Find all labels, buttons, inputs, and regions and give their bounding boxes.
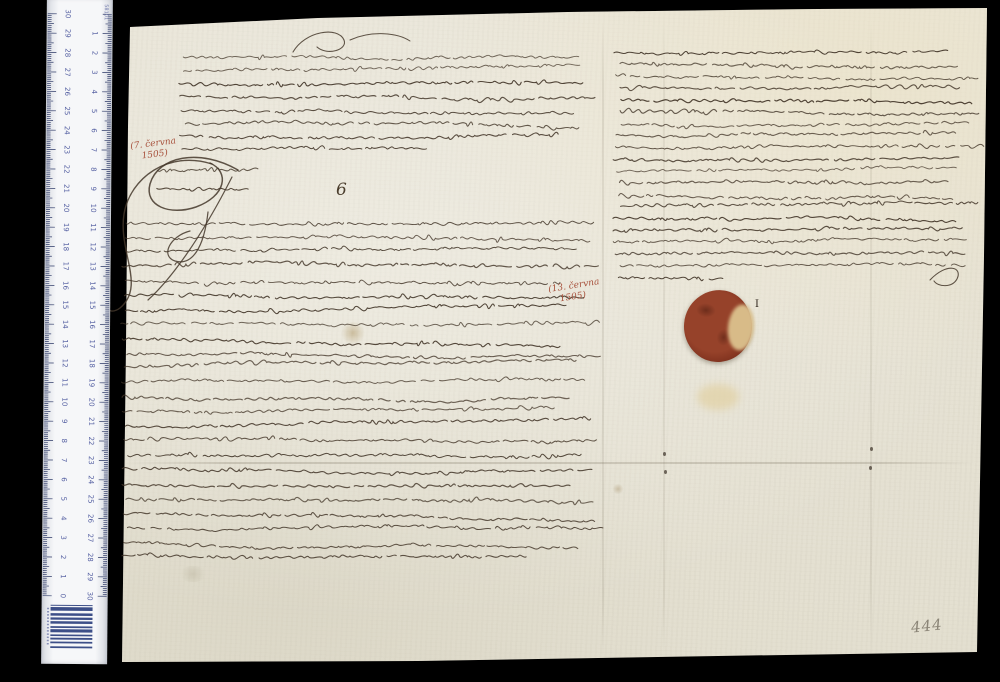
barcode-microtext [47, 624, 49, 626]
ruler-barcode [47, 605, 93, 649]
barcode-bar [50, 629, 92, 632]
top-ornament-flourish [293, 32, 345, 52]
ruler-number: 21 [87, 417, 95, 426]
ruler-number: 22 [87, 436, 95, 445]
ruler-number: 17 [88, 339, 96, 348]
ruler-number: 14 [61, 320, 69, 330]
ruler-number: 11 [61, 378, 69, 387]
barcode-bar [50, 641, 92, 643]
ruler-number: 19 [88, 378, 96, 387]
closing-swash [930, 268, 958, 285]
ruler-number: 21 [62, 184, 70, 193]
ruler-number: 2 [90, 51, 98, 56]
ruler-strip: 3029282726252423222120191817161514131211… [41, 0, 113, 664]
ruler-number: 3 [90, 70, 98, 75]
initial-flourish [148, 177, 232, 300]
ruler-number: 16 [88, 320, 96, 330]
ruler-number: 20 [62, 203, 70, 212]
ruler-code-label: 58101 [103, 4, 109, 20]
ruler-number: 12 [89, 242, 97, 251]
ruler-number: 26 [86, 514, 94, 524]
barcode-microtext [47, 608, 49, 610]
ruler-number: 26 [63, 87, 71, 97]
barcode-microtext [47, 611, 49, 613]
ruler-number: 5 [60, 497, 68, 502]
seal-margin-mark: I [755, 299, 759, 310]
ruler-number: 8 [89, 167, 97, 172]
ruler-number: 6 [60, 477, 68, 482]
barcode-microtext [47, 621, 49, 623]
barcode-bar [51, 607, 93, 611]
right-page-paragraph [613, 50, 984, 281]
ruler-number: 4 [59, 516, 67, 521]
ruler-number: 9 [60, 419, 68, 424]
ruler-number: 25 [86, 495, 94, 504]
ruler-number: 15 [61, 300, 69, 309]
ruler-number: 25 [63, 106, 71, 115]
ruler-number: 13 [61, 339, 69, 348]
ruler-number: 28 [86, 553, 94, 562]
barcode-bar [51, 605, 93, 606]
ruler-number: 19 [62, 223, 70, 232]
ruler-number: 24 [63, 126, 71, 136]
ruler-number: 30 [86, 592, 94, 601]
barcode-bar [50, 626, 92, 628]
barcode-microtext [47, 617, 49, 619]
barcode-bar [50, 621, 92, 624]
barcode-microtext [47, 630, 49, 632]
ruler-number: 2 [59, 555, 67, 560]
ruler-number: 18 [62, 242, 70, 251]
ruler-number: 23 [87, 456, 95, 465]
ruler-number: 17 [62, 262, 70, 271]
ruler-number: 5 [90, 109, 98, 114]
address-paragraph [179, 55, 595, 151]
ruler-scale-svg: 3029282726252423222120191817161514131211… [41, 0, 113, 664]
barcode-bar [50, 617, 92, 620]
ruler-number: 10 [60, 397, 68, 406]
ruler-number: 10 [89, 204, 97, 213]
ruler-number: 27 [86, 533, 94, 542]
handwriting-svg [0, 0, 1000, 682]
ruler-number: 15 [88, 301, 96, 310]
ruler-number: 4 [90, 89, 98, 94]
ruler-number: 29 [64, 29, 72, 38]
pencil-page-number: 444 [910, 615, 943, 636]
barcode-bar [50, 638, 92, 640]
ruler-number: 20 [87, 398, 95, 407]
ruler-number: 3 [59, 535, 67, 540]
barcode-bar [50, 646, 92, 648]
barcode-microtext [47, 643, 49, 645]
ruler-number: 8 [60, 438, 68, 443]
top-ornament-flourish [350, 34, 410, 41]
ruler-number: 23 [63, 145, 71, 154]
seal-wax-halo [697, 384, 739, 410]
docket-lines [157, 168, 263, 192]
ruler-number: 12 [61, 359, 69, 368]
ruler-number: 7 [60, 458, 68, 463]
barcode-microtext [47, 637, 49, 639]
barcode-bar [50, 634, 92, 636]
barcode-bar [51, 613, 93, 616]
ruler-number: 30 [64, 9, 72, 18]
ruler-number: 13 [89, 262, 97, 271]
ruler-number: 1 [91, 31, 99, 36]
ruler-number: 6 [90, 128, 98, 133]
ruler-number: 29 [86, 572, 94, 581]
photograph-stage: I (7. června 1505) (13. června 1505) 6 4… [0, 0, 1000, 682]
ruler-number: 24 [87, 475, 95, 485]
ruler-number: 9 [89, 186, 97, 191]
barcode-microtext [47, 627, 49, 629]
barcode-microtext [47, 640, 49, 642]
ruler-number: 18 [88, 359, 96, 368]
folio-mark: 6 [336, 180, 347, 200]
ruler-number: 0 [59, 594, 67, 599]
ruler-number: 7 [90, 148, 98, 153]
barcode-microtext [47, 614, 49, 616]
ruler-number: 22 [62, 165, 70, 174]
ruler-number: 1 [59, 574, 67, 579]
initial-flourish [105, 160, 212, 311]
ruler-number: 14 [88, 281, 96, 291]
ruler-number: 16 [61, 281, 69, 291]
main-text-paragraph [121, 221, 605, 560]
ruler-number: 27 [63, 68, 71, 77]
ruler-number: 28 [63, 48, 71, 57]
ruler-number: 11 [89, 223, 97, 232]
barcode-microtext [47, 633, 49, 635]
